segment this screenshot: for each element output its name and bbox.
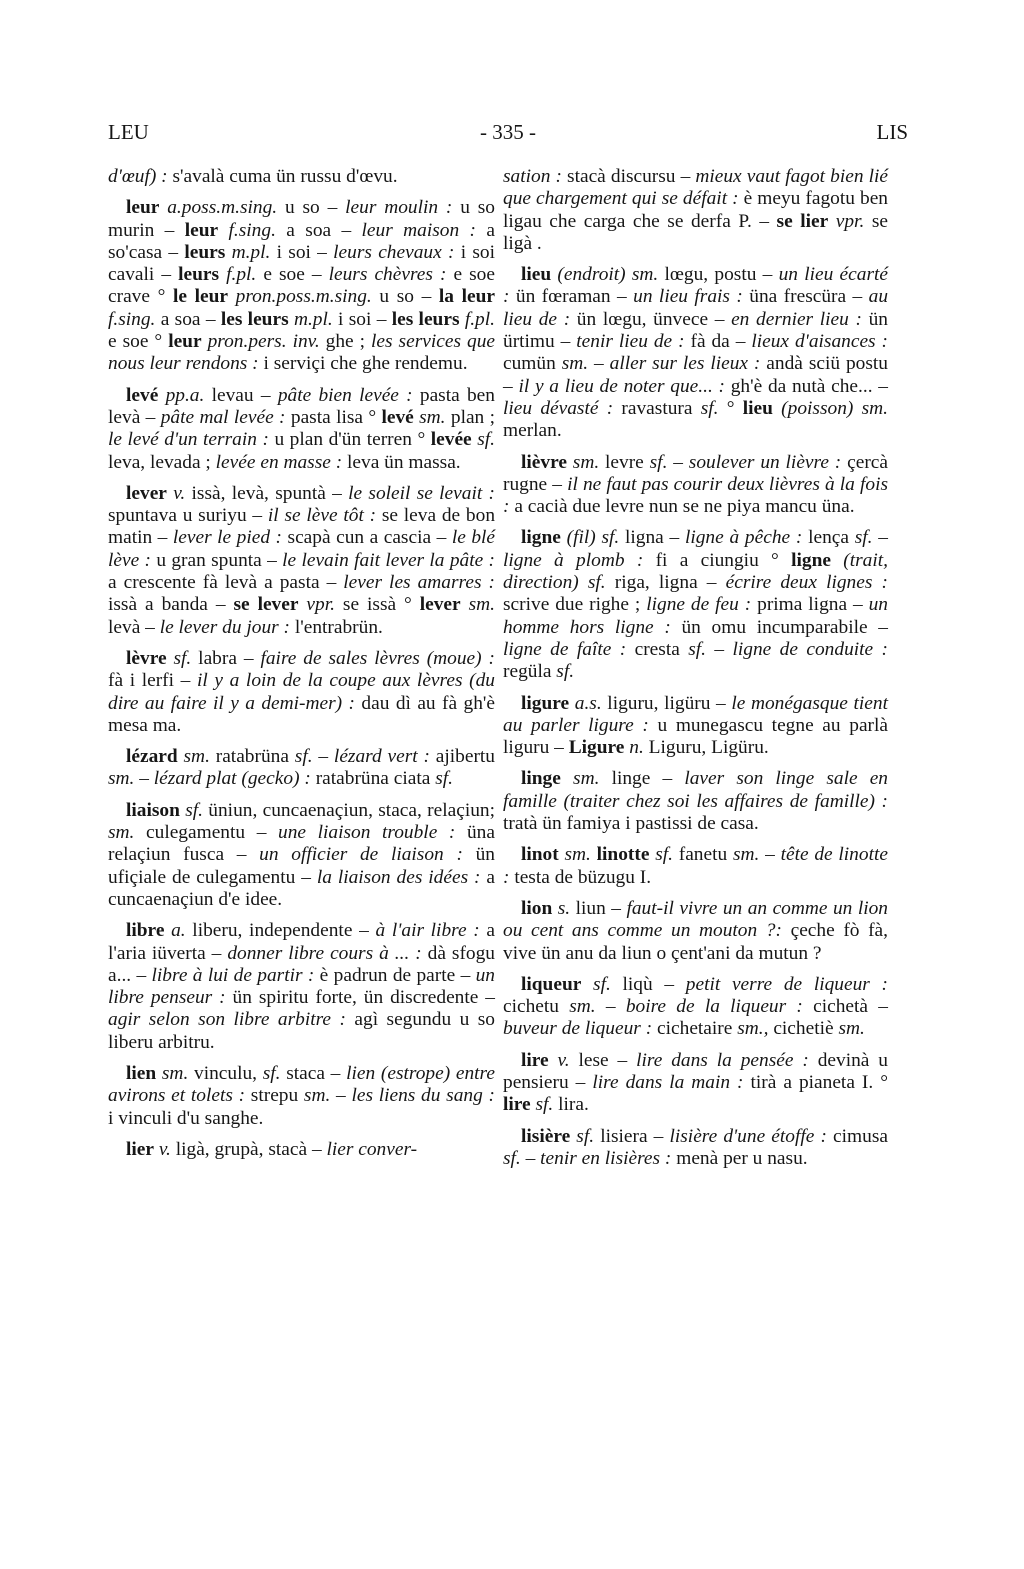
french-phrase: une liaison trouble : — [278, 822, 455, 843]
translation-text: vinculu, — [188, 1063, 262, 1084]
translation-text: fà i lerfi – — [108, 670, 197, 691]
translation-text: cichetiè — [768, 1018, 838, 1039]
translation-text: ün spiritu forte, ün discredente – — [226, 987, 495, 1008]
translation-text: ün lœgu, ünvece – — [570, 309, 731, 330]
translation-text: üna frescüra – — [743, 286, 869, 307]
french-phrase: f.pl. — [465, 309, 495, 330]
headword: leur — [126, 197, 159, 218]
headword: leurs — [184, 242, 225, 263]
translation-text: testa de büzugu I. — [509, 867, 651, 888]
translation-text: i soi – — [270, 242, 333, 263]
french-phrase: vpr. — [306, 594, 335, 615]
french-phrase: pron.poss.m.sing. — [236, 286, 372, 307]
translation-text: prima ligna – — [751, 594, 868, 615]
translation-text: cimusa — [827, 1126, 888, 1147]
headword: la leur — [439, 286, 495, 307]
dictionary-entry: liqueur sf. liqù – petit verre de liqueu… — [503, 974, 888, 1041]
translation-text: i vinculi d'u sanghe. — [108, 1108, 263, 1129]
french-phrase: tenir lieu de : — [576, 331, 684, 352]
dictionary-entry: levé pp.a. levau – pâte bien levée : pas… — [108, 385, 495, 474]
translation-text: se issà ° — [335, 594, 420, 615]
french-phrase: lever le pied : — [173, 527, 282, 548]
translation-text: l'entrabrün. — [290, 617, 383, 638]
french-phrase: sm. — [419, 407, 445, 428]
french-phrase: faire de sales lèvres (moue) : — [260, 648, 495, 669]
translation-text: a crescente fà levà a pasta – — [108, 572, 343, 593]
translation-text — [828, 211, 836, 232]
translation-text: lese – — [570, 1050, 637, 1071]
french-phrase: (poisson) sm. — [781, 398, 888, 419]
french-phrase: sm. – aller sur les lieux : — [562, 353, 761, 374]
guide-word-right: LIS — [877, 120, 909, 145]
french-phrase: sm. — [564, 844, 590, 865]
headword: le leur — [173, 286, 228, 307]
dictionary-entry: libre a. liberu, independente – à l'air … — [108, 920, 495, 1054]
french-phrase: petit verre de liqueur : — [686, 974, 888, 995]
headword: lire — [521, 1050, 549, 1071]
translation-text: lœgu, postu – — [658, 264, 778, 285]
translation-text: u so – — [372, 286, 439, 307]
headword: lézard — [126, 746, 178, 767]
translation-text — [158, 385, 165, 406]
headword: linge — [521, 768, 561, 789]
translation-text: ün fœraman – — [509, 286, 633, 307]
headword: se lier — [777, 211, 829, 232]
dictionary-entry: lèvre sf. labra – faire de sales lèvres … — [108, 648, 495, 737]
translation-text — [561, 768, 573, 789]
headword: lion — [521, 898, 552, 919]
translation-text: ligà, grupà, stacà – — [171, 1139, 327, 1160]
translation-text: fanetu — [673, 844, 733, 865]
french-phrase: la liaison des idées : — [317, 867, 481, 888]
translation-text: i soi – — [333, 309, 392, 330]
translation-text: ün omu incumparabile – — [671, 617, 888, 638]
french-phrase: leurs chevaux : — [333, 242, 454, 263]
french-phrase: à l'air libre : — [375, 920, 479, 941]
translation-text: linge – — [599, 768, 684, 789]
dictionary-entry: linge sm. linge – laver son linge sale e… — [503, 768, 888, 835]
dictionary-entry: lion s. liun – faut-il vivre un an comme… — [503, 898, 888, 965]
french-phrase: pron.pers. inv. — [208, 331, 320, 352]
dictionary-entry: sation : stacà discursu – mieux vaut fag… — [503, 166, 888, 255]
french-phrase: sm. — [162, 1063, 188, 1084]
translation-text — [461, 594, 469, 615]
french-phrase: sf. — [173, 648, 191, 669]
french-phrase: v. — [558, 1050, 570, 1071]
french-phrase: lisière d'une étoffe : — [669, 1126, 826, 1147]
translation-text: scapà cun a cascia – — [282, 527, 452, 548]
headword: lier — [126, 1139, 154, 1160]
translation-text — [228, 286, 236, 307]
french-phrase: n. — [629, 737, 644, 758]
dictionary-entry: lisière sf. lisiera – lisière d'une étof… — [503, 1126, 888, 1171]
headword: leur — [168, 331, 201, 352]
french-phrase: sm. — [184, 746, 210, 767]
translation-text — [581, 974, 593, 995]
translation-text — [218, 220, 228, 241]
translation-text — [549, 1050, 558, 1071]
dictionary-entry: ligure a.s. liguru, ligüru – le monégasq… — [503, 693, 888, 760]
translation-text: e soe ° — [108, 331, 168, 352]
french-phrase: pp.a. — [166, 385, 205, 406]
headword: linot — [521, 844, 559, 865]
headword: ligne — [521, 527, 561, 548]
headword: les leurs — [221, 309, 289, 330]
french-phrase: sm. – boire de la liqueur : — [569, 996, 803, 1017]
headword: les leurs — [392, 309, 460, 330]
translation-text: lença — [802, 527, 854, 548]
headword: lever — [126, 483, 167, 504]
french-phrase: sf. — [536, 1094, 554, 1115]
headword: lieu — [521, 264, 551, 285]
translation-text: ghe ; — [320, 331, 371, 352]
translation-text: ravastura — [613, 398, 701, 419]
translation-text: staca – — [281, 1063, 347, 1084]
translation-text: levau – — [204, 385, 277, 406]
translation-text: liun – — [570, 898, 626, 919]
french-phrase: sf. — [435, 768, 453, 789]
dictionary-entry: lieu (endroit) sm. lœgu, postu – un lieu… — [503, 264, 888, 442]
dictionary-entry: liaison sf. üniun, cuncaenaçiun, staca, … — [108, 800, 495, 911]
dictionary-entry: lever v. issà, levà, spuntà – le soleil … — [108, 483, 495, 639]
headword: lever — [420, 594, 461, 615]
french-phrase: en dernier lieu : — [731, 309, 862, 330]
french-phrase: sm. – lézard plat (gecko) : — [108, 768, 311, 789]
translation-text: issà, levà, spuntà – — [185, 483, 348, 504]
right-column: sation : stacà discursu – mieux vaut fag… — [503, 166, 888, 1179]
translation-text: u gran spunta – — [151, 550, 282, 571]
french-phrase: leur moulin : — [345, 197, 452, 218]
french-phrase: agir selon son libre arbitre : — [108, 1009, 346, 1030]
translation-text: tirà a pianeta I. ° — [744, 1072, 888, 1093]
translation-text: levre — [599, 452, 649, 473]
translation-text: scrive due righe ; — [503, 594, 646, 615]
french-phrase: sm. — [838, 1018, 864, 1039]
translation-text: fà da – — [685, 331, 752, 352]
french-phrase: sf. – ligne de conduite : — [688, 639, 888, 660]
french-phrase: leurs chèvres : — [329, 264, 447, 285]
dictionary-entry: lièvre sm. levre sf. – soulever un lièvr… — [503, 452, 888, 519]
translation-text: cichetaire — [652, 1018, 737, 1039]
translation-text: Liguru, Ligüru. — [644, 737, 769, 758]
headword: libre — [126, 920, 164, 941]
headword: levé — [126, 385, 158, 406]
dictionary-entry: leur a.poss.m.sing. u so – leur moulin :… — [108, 197, 495, 375]
french-phrase: a. — [171, 920, 186, 941]
translation-text: ratabrüna ciata — [311, 768, 435, 789]
french-phrase: sm. — [573, 768, 599, 789]
french-phrase: lier conver- — [326, 1139, 417, 1160]
translation-text: stacà discursu – — [562, 166, 695, 187]
dictionary-entry: d'œuf) : s'avalà cuma ün russu d'œvu. — [108, 166, 495, 188]
headword: lèvre — [126, 648, 167, 669]
french-phrase: sm. — [469, 594, 495, 615]
translation-text: cumün — [503, 353, 562, 374]
headword: lieu — [743, 398, 773, 419]
translation-text: labra – — [191, 648, 260, 669]
french-phrase: (endroit) sm. — [557, 264, 658, 285]
french-phrase: sf. — [701, 398, 719, 419]
translation-text: merlan. — [503, 420, 562, 441]
translation-text: ratabrüna — [210, 746, 295, 767]
translation-text: fi a ciungiu ° — [643, 550, 791, 571]
french-phrase: écrire deux lignes : — [726, 572, 888, 593]
headword: leur — [185, 220, 218, 241]
translation-text: lisiera – — [594, 1126, 669, 1147]
french-phrase: ligne de feu : — [646, 594, 751, 615]
french-phrase: sf. — [593, 974, 611, 995]
french-phrase: sf. — [185, 800, 203, 821]
french-phrase: (fil) sf. — [567, 527, 620, 548]
french-phrase: sf. — [477, 429, 495, 450]
french-phrase: lever les amarres : — [343, 572, 495, 593]
translation-text: a soa – — [155, 309, 220, 330]
french-phrase: lire dans la main : — [592, 1072, 743, 1093]
translation-text: pasta lisa ° — [286, 407, 382, 428]
french-phrase: sf. — [556, 661, 574, 682]
headword: liaison — [126, 800, 180, 821]
french-phrase: v. — [159, 1139, 171, 1160]
dictionary-entry: linot sm. linotte sf. fanetu sm. – tête … — [503, 844, 888, 889]
translation-text: issà a banda – — [108, 594, 233, 615]
dictionary-entry: ligne (fil) sf. ligna – ligne à pêche : … — [503, 527, 888, 683]
french-phrase: donner libre cours à ... : — [227, 943, 421, 964]
french-phrase: levée en masse : — [216, 452, 343, 473]
french-phrase: ligne à pêche : — [685, 527, 802, 548]
french-phrase: le soleil se levait : — [348, 483, 495, 504]
translation-text: cichetà – — [803, 996, 888, 1017]
french-phrase: sf. — [655, 844, 673, 865]
french-phrase: sf. — [263, 1063, 281, 1084]
translation-text: gh'è da nutà che... – — [725, 376, 888, 397]
french-phrase: sm. – les liens du sang : — [304, 1085, 495, 1106]
headword: lisière — [521, 1126, 570, 1147]
french-phrase: sf. – lézard vert : — [295, 746, 430, 767]
french-phrase: a.s. — [575, 693, 602, 714]
french-phrase: libre à lui de partir : — [152, 965, 315, 986]
headword: Ligure — [569, 737, 625, 758]
french-phrase: vpr. — [836, 211, 865, 232]
french-phrase: lire dans la pensée : — [636, 1050, 809, 1071]
translation-text: lira. — [553, 1094, 589, 1115]
translation-text: u so – — [277, 197, 345, 218]
french-phrase: le lever du jour : — [160, 617, 290, 638]
french-phrase: v. — [173, 483, 185, 504]
translation-text — [773, 398, 781, 419]
french-phrase: sation : — [503, 166, 562, 187]
translation-text: cichetu — [503, 996, 569, 1017]
french-phrase: f.sing. — [229, 220, 276, 241]
headword: levée — [431, 429, 472, 450]
headword: lièvre — [521, 452, 567, 473]
french-phrase: sf. – tenir en lisières : — [503, 1148, 671, 1169]
dictionary-entry: lire v. lese – lire dans la pensée : dev… — [503, 1050, 888, 1117]
page-number: - 335 - — [108, 120, 908, 145]
french-phrase: sm. — [108, 822, 134, 843]
french-phrase: leur maison : — [362, 220, 476, 241]
translation-text: menà per u nasu. — [671, 1148, 807, 1169]
headword: ligne — [791, 550, 831, 571]
running-header: LEU - 335 - LIS — [108, 120, 908, 150]
headword: levé — [381, 407, 413, 428]
french-phrase: lieu dévasté : — [503, 398, 613, 419]
headword: ligure — [521, 693, 569, 714]
headword: lire — [503, 1094, 531, 1115]
french-phrase: ligne de faîte : — [503, 639, 626, 660]
french-phrase: il se lève tôt : — [268, 505, 376, 526]
french-phrase: le levain fait lever la pâte : — [282, 550, 495, 571]
french-phrase: sf. – soulever un lièvre : — [650, 452, 842, 473]
french-phrase: d'œuf) : — [108, 166, 168, 187]
translation-text: leva ün massa. — [342, 452, 460, 473]
dictionary-entry: lien sm. vinculu, sf. staca – lien (estr… — [108, 1063, 495, 1130]
translation-text: riga, ligna – — [606, 572, 726, 593]
headword: lien — [126, 1063, 156, 1084]
french-phrase: buveur de liqueur : — [503, 1018, 652, 1039]
translation-text: liberu, independente – — [186, 920, 376, 941]
translation-text: ajibertu — [430, 746, 495, 767]
translation-text: cresta — [626, 639, 688, 660]
translation-text: e soe – — [256, 264, 328, 285]
french-phrase: m.pl. — [294, 309, 333, 330]
french-phrase: sf. — [576, 1126, 594, 1147]
translation-text: tratà ün famiya i pastissi de casa. — [503, 813, 759, 834]
translation-text: liqù – — [611, 974, 686, 995]
translation-text: levà – — [108, 617, 160, 638]
french-phrase: pâte mal levée : — [161, 407, 286, 428]
french-phrase: a.poss.m.sing. — [167, 197, 277, 218]
french-phrase: il y a lieu de noter que... : — [518, 376, 725, 397]
translation-text: üniun, cuncaenaçiun, staca, relaçiun; — [203, 800, 495, 821]
left-column: d'œuf) : s'avalà cuma ün russu d'œvu.leu… — [108, 166, 495, 1170]
french-phrase: un lieu frais : — [633, 286, 743, 307]
translation-text: liguru, ligüru – — [602, 693, 732, 714]
translation-text: plan ; — [446, 407, 495, 428]
french-phrase: s. — [558, 898, 570, 919]
headword: leurs — [178, 264, 219, 285]
translation-text: a cacià due levre nun se ne piya mancu ü… — [509, 496, 854, 517]
translation-text: s'avalà cuma ün russu d'œvu. — [168, 166, 398, 187]
headword: se lever — [233, 594, 298, 615]
translation-text: u plan d'ün terren ° — [269, 429, 431, 450]
french-phrase: lieux d'aisances : — [751, 331, 888, 352]
french-phrase: pâte bien levée : — [278, 385, 413, 406]
french-phrase: le levé d'un terrain : — [108, 429, 269, 450]
translation-text: ligna – — [619, 527, 685, 548]
translation-text: strepu — [245, 1085, 304, 1106]
translation-text: culegamentu – — [134, 822, 278, 843]
translation-text — [831, 550, 843, 571]
dictionary-entry: lier v. ligà, grupà, stacà – lier conver… — [108, 1139, 495, 1161]
french-phrase: sm. — [573, 452, 599, 473]
french-phrase: sm., — [737, 1018, 768, 1039]
translation-text: regüla — [503, 661, 556, 682]
dictionary-entry: lézard sm. ratabrüna sf. – lézard vert :… — [108, 746, 495, 791]
french-phrase: un officier de liaison : — [259, 844, 463, 865]
translation-text: spuntava u suriyu – — [108, 505, 268, 526]
headword: linotte — [597, 844, 650, 865]
translation-text: ° — [719, 398, 743, 419]
translation-text: i serviçi che ghe rendemu. — [259, 353, 468, 374]
french-phrase: f.sing. — [108, 309, 155, 330]
translation-text: a soa – — [276, 220, 362, 241]
headword: liqueur — [521, 974, 581, 995]
translation-text: leva, levada ; — [108, 452, 216, 473]
french-phrase: f.pl. — [226, 264, 256, 285]
french-phrase: m.pl. — [232, 242, 271, 263]
translation-text: è padrun de parte – — [314, 965, 475, 986]
